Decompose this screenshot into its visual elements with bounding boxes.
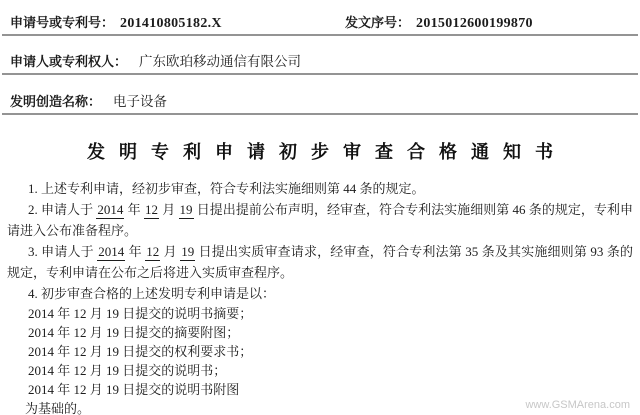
document-list-item: 2014 年 12 月 19 日提交的摘要附图； [7,323,633,342]
applicant-label: 申请人或专利权人： [10,54,127,69]
horizontal-divider [2,113,638,115]
serial-number-field: 发文序号：2015012600199870 [345,12,533,32]
underlined-month: 12 [144,202,159,219]
paragraph-2: 2. 申请人于 2014 年 12 月 19 日提出提前公布声明，经审查，符合专… [7,199,633,241]
document-list-item: 2014 年 12 月 19 日提交的说明书； [7,361,633,380]
document-list-item: 2014 年 12 月 19 日提交的权利要求书； [7,342,633,361]
underlined-month: 12 [145,244,160,261]
paragraph-3: 3. 申请人于 2014 年 12 月 19 日提出实质审查请求，经审查，符合专… [7,241,633,283]
serial-number-value: 2015012600199870 [416,16,533,31]
notice-body: 1. 上述专利申请，经初步审查，符合专利法实施细则第 44 条的规定。 2. 申… [0,178,640,415]
watermark-text: www.GSMArena.com [525,399,630,411]
header-row-invention-name: 发明创造名称：电子设备 [0,75,640,113]
applicant-value: 广东欧珀移动通信有限公司 [139,54,301,69]
document-list-item: 2014 年 12 月 19 日提交的说明书附图 [7,380,633,399]
paragraph-1: 1. 上述专利申请，经初步审查，符合专利法实施细则第 44 条的规定。 [7,178,633,199]
header-row-application-number: 申请号或专利号：201410805182.X 发文序号：201501260019… [0,0,640,34]
underlined-year: 2014 [96,202,124,219]
serial-number-label: 发文序号： [345,15,410,30]
patent-notice-document: 申请号或专利号：201410805182.X 发文序号：201501260019… [0,0,640,415]
underlined-day: 19 [179,202,194,219]
invention-name-label: 发明创造名称： [10,94,101,109]
header-row-applicant: 申请人或专利权人：广东欧珀移动通信有限公司 [0,36,640,73]
notice-title: 发明专利申请初步审查合格通知书 [0,138,640,164]
invention-name-value: 电子设备 [113,94,167,109]
underlined-year: 2014 [97,244,125,261]
application-number-value: 201410805182.X [120,16,222,31]
paragraph-4: 4. 初步审查合格的上述发明专利申请是以： [7,283,633,304]
document-list-item: 2014 年 12 月 19 日提交的说明书摘要； [7,304,633,323]
underlined-day: 19 [180,244,195,261]
application-number-label: 申请号或专利号： [10,15,114,30]
